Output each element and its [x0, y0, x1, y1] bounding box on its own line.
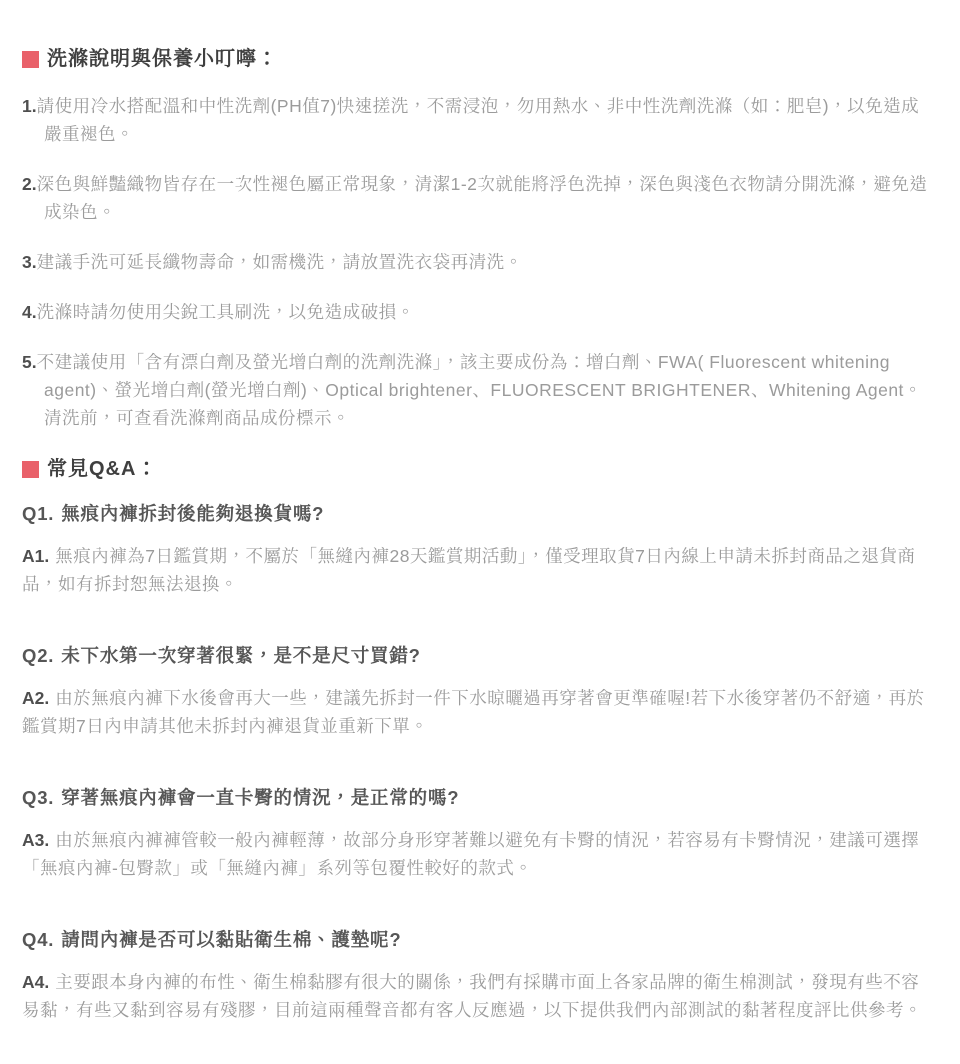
qa-answer: A1.無痕內褲為7日鑑賞期，不屬於「無縫內褲28天鑑賞期活動」，僅受理取貨7日內…: [22, 542, 936, 598]
care-instruction-list: 1.請使用冷水搭配溫和中性洗劑(PH值7)快速搓洗，不需浸泡，勿用熱水、非中性洗…: [22, 92, 936, 432]
item-text: 請使用冷水搭配溫和中性洗劑(PH值7)快速搓洗，不需浸泡，勿用熱水、非中性洗劑洗…: [37, 96, 920, 144]
answer-number: A4.: [22, 972, 49, 992]
qa-entry: Q4.請問內褲是否可以黏貼衛生棉、護墊呢? A4.主要跟本身內褲的布性、衛生棉黏…: [22, 928, 936, 1024]
question-number: Q4.: [22, 929, 54, 950]
care-instruction-item: 2.深色與鮮豔織物皆存在一次性褪色屬正常現象，清潔1-2次就能將浮色洗掉，深色與…: [22, 170, 936, 226]
answer-text: 無痕內褲為7日鑑賞期，不屬於「無縫內褲28天鑑賞期活動」，僅受理取貨7日內線上申…: [22, 546, 915, 594]
care-section-heading-text: 洗滌說明與保養小叮嚀：: [47, 46, 278, 72]
item-text: 洗滌時請勿使用尖銳工具刷洗，以免造成破損。: [37, 302, 415, 322]
item-text: 建議手洗可延長纖物壽命，如需機洗，請放置洗衣袋再清洗。: [37, 252, 523, 272]
answer-number: A2.: [22, 688, 49, 708]
answer-text: 由於無痕內褲褲管較一般內褲輕薄，故部分身形穿著難以避免有卡臀的情況，若容易有卡臀…: [22, 830, 919, 878]
item-number: 2.: [22, 174, 37, 194]
item-text: 深色與鮮豔織物皆存在一次性褪色屬正常現象，清潔1-2次就能將浮色洗掉，深色與淺色…: [37, 174, 928, 222]
answer-text: 主要跟本身內褲的布性、衛生棉黏膠有很大的關係，我們有採購市面上各家品牌的衛生棉測…: [22, 972, 922, 1020]
qa-question: Q3.穿著無痕內褲會一直卡臀的情況，是正常的嗎?: [22, 786, 936, 810]
care-section-heading: 洗滌說明與保養小叮嚀：: [22, 46, 936, 72]
care-instruction-item: 5.不建議使用「含有漂白劑及螢光增白劑的洗劑洗滌」，該主要成份為：增白劑、FWA…: [22, 348, 936, 432]
qa-entry: Q3.穿著無痕內褲會一直卡臀的情況，是正常的嗎? A3.由於無痕內褲褲管較一般內…: [22, 786, 936, 882]
item-number: 1.: [22, 96, 37, 116]
qa-question: Q4.請問內褲是否可以黏貼衛生棉、護墊呢?: [22, 928, 936, 952]
qa-section-heading-text: 常見Q&A：: [47, 456, 157, 482]
question-text: 無痕內褲拆封後能夠退換貨嗎?: [61, 503, 324, 524]
question-text: 請問內褲是否可以黏貼衛生棉、護墊呢?: [61, 929, 401, 950]
qa-entry: Q2.未下水第一次穿著很緊，是不是尺寸買錯? A2.由於無痕內褲下水後會再大一些…: [22, 644, 936, 740]
item-text: 不建議使用「含有漂白劑及螢光增白劑的洗劑洗滌」，該主要成份為：增白劑、FWA( …: [37, 352, 922, 428]
care-instruction-item: 4.洗滌時請勿使用尖銳工具刷洗，以免造成破損。: [22, 298, 936, 326]
product-care-page: 洗滌說明與保養小叮嚀： 1.請使用冷水搭配溫和中性洗劑(PH值7)快速搓洗，不需…: [0, 0, 960, 1064]
item-number: 4.: [22, 302, 37, 322]
question-number: Q2.: [22, 645, 54, 666]
qa-section-heading: 常見Q&A：: [22, 456, 936, 482]
question-text: 未下水第一次穿著很緊，是不是尺寸買錯?: [61, 645, 421, 666]
question-number: Q1.: [22, 503, 54, 524]
qa-question: Q1.無痕內褲拆封後能夠退換貨嗎?: [22, 502, 936, 526]
item-number: 3.: [22, 252, 37, 272]
item-number: 5.: [22, 352, 37, 372]
answer-text: 由於無痕內褲下水後會再大一些，建議先拆封一件下水晾曬過再穿著會更準確喔!若下水後…: [22, 688, 925, 736]
question-number: Q3.: [22, 787, 54, 808]
care-section: 洗滌說明與保養小叮嚀： 1.請使用冷水搭配溫和中性洗劑(PH值7)快速搓洗，不需…: [22, 46, 936, 432]
red-square-bullet-icon: [22, 51, 39, 68]
qa-answer: A4.主要跟本身內褲的布性、衛生棉黏膠有很大的關係，我們有採購市面上各家品牌的衛…: [22, 968, 936, 1024]
red-square-bullet-icon: [22, 461, 39, 478]
qa-section: 常見Q&A： Q1.無痕內褲拆封後能夠退換貨嗎? A1.無痕內褲為7日鑑賞期，不…: [22, 456, 936, 1024]
qa-answer: A2.由於無痕內褲下水後會再大一些，建議先拆封一件下水晾曬過再穿著會更準確喔!若…: [22, 684, 936, 740]
qa-entry: Q1.無痕內褲拆封後能夠退換貨嗎? A1.無痕內褲為7日鑑賞期，不屬於「無縫內褲…: [22, 502, 936, 598]
care-instruction-item: 1.請使用冷水搭配溫和中性洗劑(PH值7)快速搓洗，不需浸泡，勿用熱水、非中性洗…: [22, 92, 936, 148]
qa-question: Q2.未下水第一次穿著很緊，是不是尺寸買錯?: [22, 644, 936, 668]
care-instruction-item: 3.建議手洗可延長纖物壽命，如需機洗，請放置洗衣袋再清洗。: [22, 248, 936, 276]
answer-number: A1.: [22, 546, 49, 566]
qa-answer: A3.由於無痕內褲褲管較一般內褲輕薄，故部分身形穿著難以避免有卡臀的情況，若容易…: [22, 826, 936, 882]
answer-number: A3.: [22, 830, 49, 850]
question-text: 穿著無痕內褲會一直卡臀的情況，是正常的嗎?: [61, 787, 459, 808]
